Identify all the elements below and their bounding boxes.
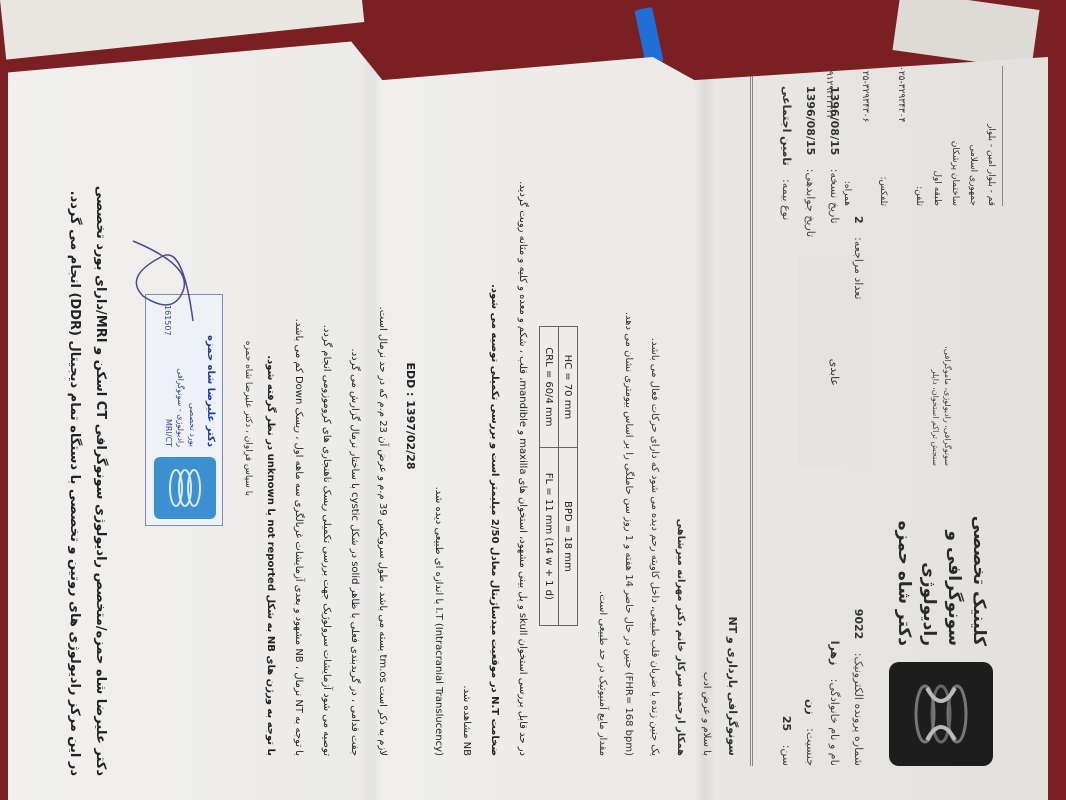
file-number-row: شماره پرونده الکترونیک: 9022 [852,609,865,766]
clinic-name-line: کلینیک تخصصی [966,496,991,646]
measurement-row: CRL = 60/4 mm FL = 11 mm (14 w + 1 d) [540,327,559,626]
finding-line: توصیه می شود آزمایشات سرولوژیک جهت بررسی… [315,76,337,756]
file-number-value: 9022 [852,609,865,640]
report-title: سونوگرافی بارداری و NT [721,76,743,756]
date-row: تاریخ نسخه: 1396/08/15 [828,86,841,224]
contact-line: تلفن: [910,66,928,206]
clinic-name-line: دکتر شاه حمزه [891,496,916,646]
report-paragraph: (FHR= 168 bpm) جنین در حال حاضر 14 هفته … [617,76,639,756]
measurement-fl: FL = 11 mm (14 w + 1 d) [540,447,559,625]
gender-label: جنسیت: [804,728,817,766]
header-services-note: سونوگرافی، رادیولوژی، ماموگرافی، سنجش تر… [929,346,953,466]
answer-date-value: 1396/08/15 [804,86,817,155]
file-number-label: شماره پرونده الکترونیک: [852,653,865,766]
name-row: نام و نام خانوادگی: زهرا [828,641,841,766]
finding-line: جفت قدامی ، در گریدبندی فعلی با ظاهر sol… [343,76,365,756]
visit-count-value: 2 [852,216,865,224]
date-value: 1396/08/15 [828,86,841,155]
answer-date-label: تاریخ جوابدهی: [804,169,817,237]
contact-phone: ۰۲۵-۳۲۹۳۴۳۰۴ [892,66,910,206]
clinic-logo-icon [889,662,993,766]
age-value: 25 [780,716,793,731]
gender-row: جنسیت: زن [804,699,817,766]
contact-line: قم - بلوار امین - بلوار [982,66,1000,206]
clinic-name-line: سونوگرافی و [941,496,966,646]
insurance-row: نوع بیمه: تامین اجتماعی [780,86,793,220]
finding-line: با توجه به ورژن های NB به شکل not report… [259,76,281,756]
stamp-line: بورد تخصصی [186,368,198,447]
name-value: زهرا [828,641,841,666]
visit-count-row: تعداد مراجعه: 2 [852,216,865,299]
report-page: کلینیک تخصصی سونوگرافی و رادیولوژی دکتر … [13,36,1043,796]
age-label: سن: [780,745,793,766]
report-header: کلینیک تخصصی سونوگرافی و رادیولوژی دکتر … [853,66,1013,766]
measurements-table: HC = 70 mm BPD = 18 mm CRL = 60/4 mm FL … [539,326,578,626]
doctor-stamp: دکتر علیرضا شاه حمزه بورد تخصصی رادیولوژ… [145,294,223,526]
stamp-doctor-name: دکتر علیرضا شاه حمزه [205,335,216,447]
stamp-line: رادیولوژی - سونوگرافی [174,368,186,447]
regards-line: با سپاس فراوان ، دکتر علیرضا شاه حمزه [243,341,253,496]
measurement-hc: HC = 70 mm [559,327,578,448]
report-sheet: کلینیک تخصصی سونوگرافی و رادیولوژی دکتر … [8,26,1048,800]
signature-icon [123,236,203,326]
edd-value: EDD : 1397/02/28 [399,76,421,756]
insurance-value: تامین اجتماعی [780,86,793,166]
finding-line: I.T (Intracranial Translucency) با انداز… [427,76,449,756]
report-paragraph: مقدار مایع آمنیوتیک در حد طبیعی است. [591,76,613,756]
contact-line: ساختمان پزشکان [946,66,964,206]
contact-line: تلفکس: [874,66,892,206]
footer-line: دکتر علیرضا شاه حمزه/متخصص رادیولوژی سون… [87,56,113,776]
patient-surname: عابدی [828,359,841,386]
clinic-name-line: رادیولوژی [916,496,941,646]
name-label: نام و نام خانوادگی: [828,679,841,766]
visit-count-label: تعداد مراجعه: [852,237,865,299]
finding-line: NB مشاهده شد. [455,76,477,756]
report-footer: دکتر علیرضا شاه حمزه/متخصص رادیولوژی سون… [61,56,113,776]
stamp-line: MRI/CT [162,368,174,447]
clinic-name: کلینیک تخصصی سونوگرافی و رادیولوژی دکتر … [891,496,991,646]
insurance-label: نوع بیمه: [780,179,793,220]
report-referrer: همکار ارجمند سرکار خانم دکتر مهرانه میرش… [669,76,691,756]
finding-line: لازم به ذکر است tm.os بسته می باشد ، طول… [371,76,393,756]
patient-info-box: شماره پرونده الکترونیک: 9022 نام و نام خ… [750,66,873,766]
footer-line: در این مرکز رادیولوژی های روتین و تخصصی … [61,56,87,776]
report-greeting: با سلام و عرض ادب [695,76,717,756]
report-body: سونوگرافی بارداری و NT با سلام و عرض ادب… [587,76,743,756]
blue-clip [634,7,663,66]
measurement-bpd: BPD = 18 mm [559,447,578,625]
finding-line: ضخامت N.T در موقعیت میدساژیتال معادل 2/5… [483,76,505,756]
finding-line: با توجه به NT نرمال ، NB مشهود و بعدی آز… [287,76,309,756]
answer-date-row: تاریخ جوابدهی: 1396/08/15 [804,86,817,237]
date-label: تاریخ نسخه: [828,169,841,224]
measurement-row: HC = 70 mm BPD = 18 mm [559,327,578,626]
stamp-details: بورد تخصصی رادیولوژی - سونوگرافی MRI/CT [162,368,198,447]
contact-line: طبقه اول [928,66,946,206]
contact-line: جمهوری اسلامی [964,66,982,206]
finding-line: در حد قابل بررسی استخوان skull و پل بینی… [511,76,533,756]
report-findings: در حد قابل بررسی استخوان skull و پل بینی… [253,76,533,756]
report-paragraph: یک جنین زنده با ضربان قلب طبیعی، داخل کا… [643,76,665,756]
stamp-logo-icon [154,457,216,519]
gender-value: زن [804,699,817,715]
age-row: سن: 25 [780,716,793,766]
measurement-crl: CRL = 60/4 mm [540,327,559,448]
